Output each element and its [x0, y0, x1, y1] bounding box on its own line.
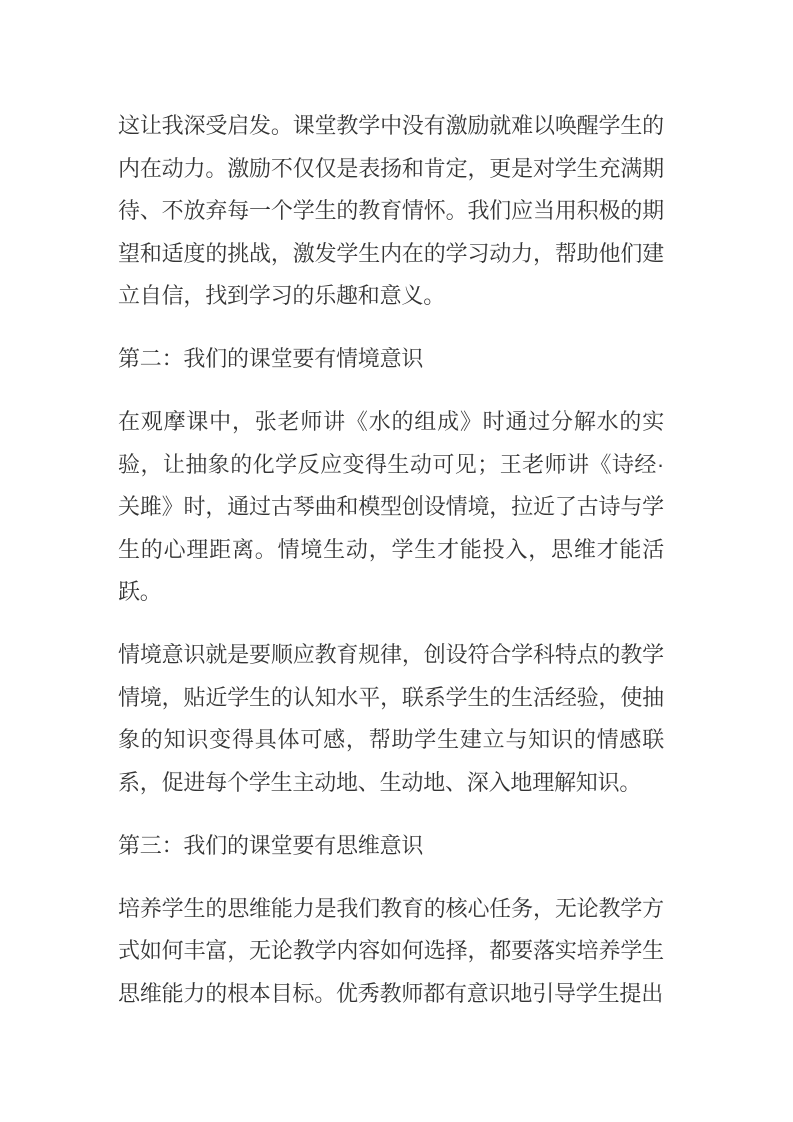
- document-page: 这让我深受启发。课堂教学中没有激励就难以唤醒学生的内在动力。激励不仅仅是表扬和肯…: [0, 0, 793, 1122]
- document-content: 这让我深受启发。课堂教学中没有激励就难以唤醒学生的内在动力。激励不仅仅是表扬和肯…: [118, 105, 664, 1036]
- paragraph-motivation: 这让我深受启发。课堂教学中没有激励就难以唤醒学生的内在动力。激励不仅仅是表扬和肯…: [118, 105, 664, 318]
- paragraph-context-examples: 在观摩课中，张老师讲《水的组成》时通过分解水的实验，让抽象的化学反应变得生动可见…: [118, 401, 664, 614]
- paragraph-context-definition: 情境意识就是要顺应教育规律，创设符合学科特点的教学情境，贴近学生的认知水平，联系…: [118, 634, 664, 804]
- section-heading-2: 第二：我们的课堂要有情境意识: [118, 338, 664, 381]
- section-heading-3: 第三：我们的课堂要有思维意识: [118, 825, 664, 868]
- paragraph-thinking: 培养学生的思维能力是我们教育的核心任务，无论教学方式如何丰富，无论教学内容如何选…: [118, 888, 664, 1016]
